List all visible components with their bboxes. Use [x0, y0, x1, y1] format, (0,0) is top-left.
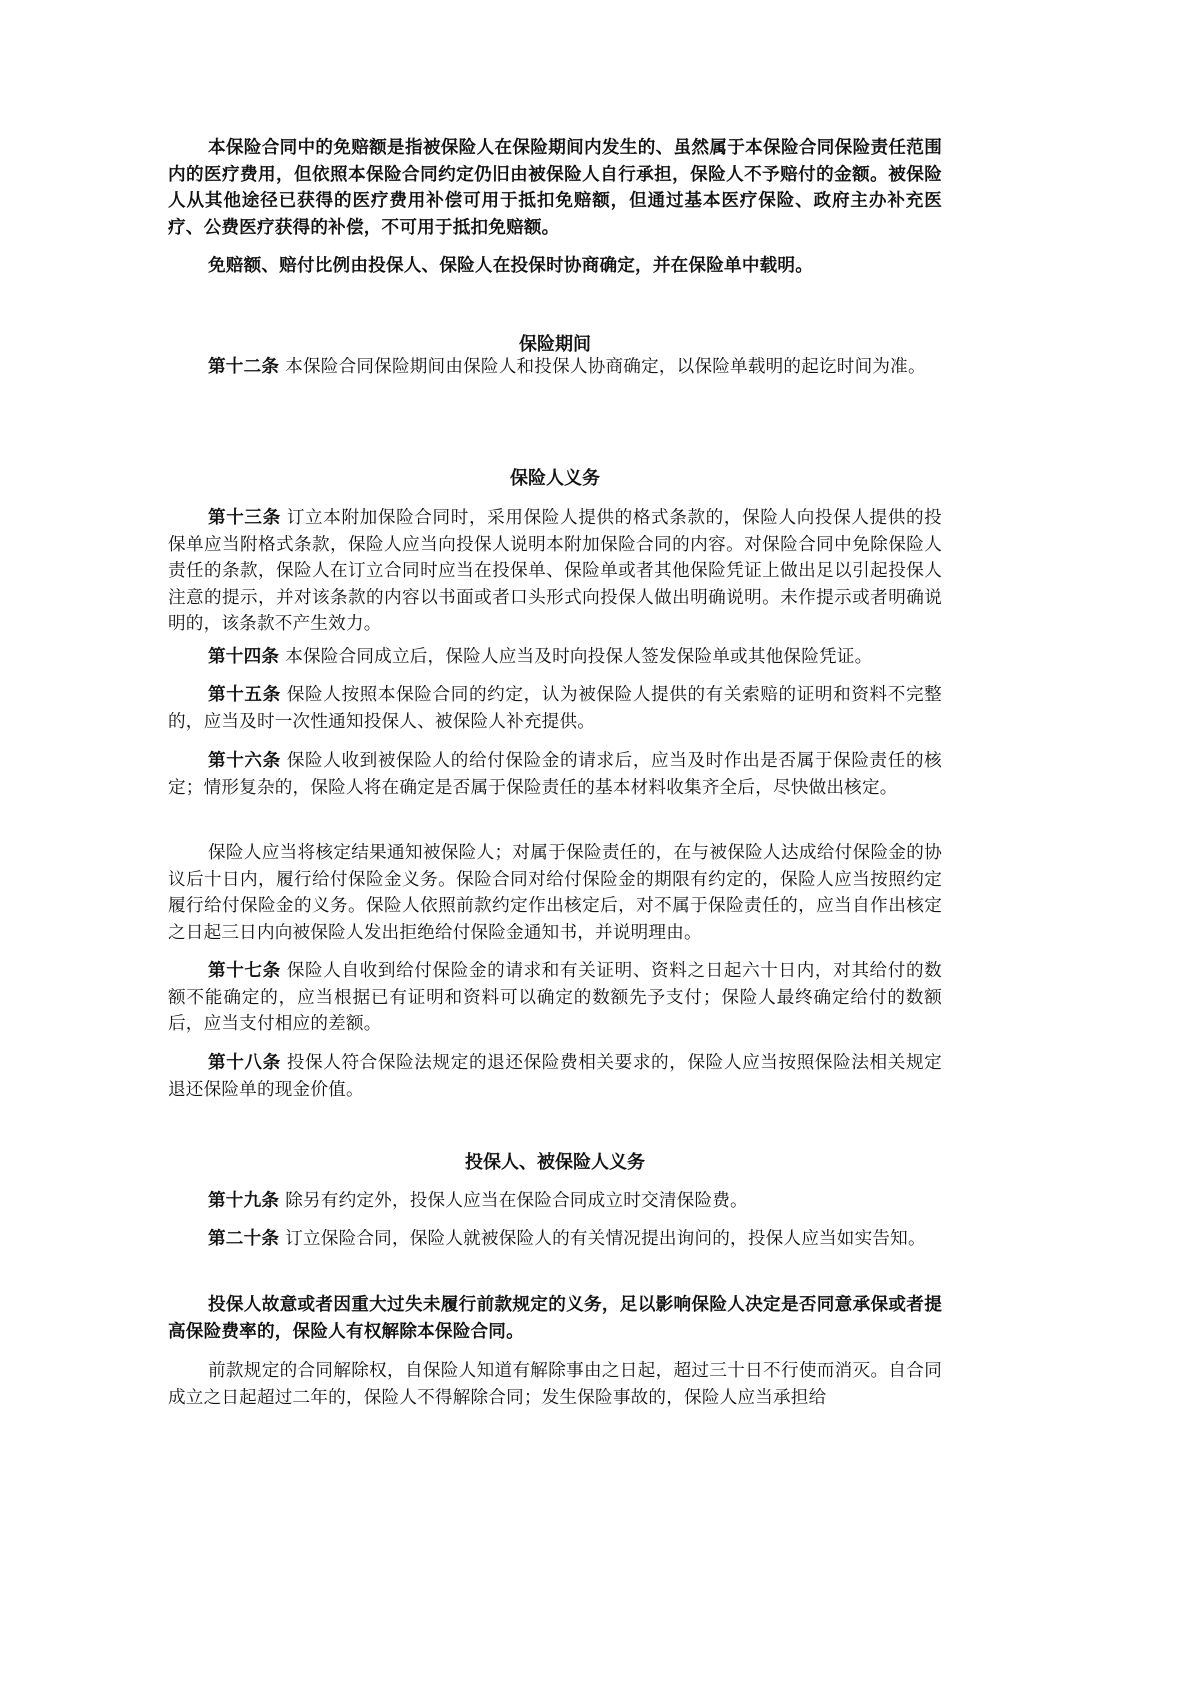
- article-label: 第二十条: [208, 1229, 279, 1249]
- section-heading-insurer-obligations: 保险人义务: [168, 464, 942, 490]
- article-13: 第十三条订立本附加保险合同时，采用保险人提供的格式条款的，保险人向投保人提供的投…: [168, 505, 942, 638]
- article-text: 订立本附加保险合同时，采用保险人提供的格式条款的，保险人向投保人提供的投保单应当…: [168, 508, 942, 634]
- article-label: 第十三条: [208, 508, 281, 528]
- breach-of-disclosure-paragraph: 投保人故意或者因重大过失未履行前款规定的义务，足以影响保险人决定是否同意承保或者…: [168, 1292, 942, 1345]
- article-15: 第十五条保险人按照本保险合同的约定，认为被保险人提供的有关索赔的证明和资料不完整…: [168, 682, 942, 735]
- article-label: 第十二条: [208, 357, 279, 377]
- article-19: 第十九条除另有约定外，投保人应当在保险合同成立时交清保险费。: [168, 1188, 942, 1215]
- article-text: 投保人符合保险法规定的退还保险费相关要求的，保险人应当按照保险法相关规定退还保险…: [168, 1053, 942, 1100]
- article-label: 第十五条: [208, 685, 281, 705]
- article-label: 第十六条: [208, 751, 281, 771]
- article-label: 第十八条: [208, 1053, 281, 1073]
- article-text: 除另有约定外，投保人应当在保险合同成立时交清保险费。: [285, 1191, 748, 1211]
- claim-notification-paragraph: 保险人应当将核定结果通知被保险人；对属于保险责任的，在与被保险人达成给付保险金的…: [168, 840, 942, 946]
- article-label: 第十四条: [208, 647, 279, 667]
- article-text: 本保险合同保险期间由保险人和投保人协商确定，以保险单载明的起讫时间为准。: [285, 357, 926, 377]
- article-text: 本保险合同成立后，保险人应当及时向投保人签发保险单或其他保险凭证。: [285, 647, 872, 667]
- article-20: 第二十条订立保险合同，保险人就被保险人的有关情况提出询问的，投保人应当如实告知。: [168, 1226, 942, 1253]
- deductible-ratio-paragraph: 免赔额、赔付比例由投保人、保险人在投保时协商确定，并在保险单中载明。: [168, 253, 942, 280]
- article-label: 第十七条: [208, 961, 281, 981]
- article-label: 第十九条: [208, 1191, 279, 1211]
- article-16: 第十六条保险人收到被保险人的给付保险金的请求后，应当及时作出是否属于保险责任的核…: [168, 748, 942, 801]
- article-text: 保险人按照本保险合同的约定，认为被保险人提供的有关索赔的证明和资料不完整的，应当…: [168, 685, 942, 732]
- article-text: 订立保险合同，保险人就被保险人的有关情况提出询问的，投保人应当如实告知。: [285, 1229, 926, 1249]
- deductible-definition-paragraph: 本保险合同中的免赔额是指被保险人在保险期间内发生的、虽然属于本保险合同保险责任范…: [168, 135, 942, 241]
- rescission-right-paragraph: 前款规定的合同解除权，自保险人知道有解除事由之日起，超过三十日不行使而消灭。自合…: [168, 1358, 942, 1411]
- article-12: 第十二条本保险合同保险期间由保险人和投保人协商确定，以保险单载明的起讫时间为准。: [168, 354, 942, 381]
- article-text: 保险人自收到给付保险金的请求和有关证明、资料之日起六十日内，对其给付的数额不能确…: [168, 961, 942, 1034]
- article-17: 第十七条保险人自收到给付保险金的请求和有关证明、资料之日起六十日内，对其给付的数…: [168, 958, 942, 1038]
- article-14: 第十四条本保险合同成立后，保险人应当及时向投保人签发保险单或其他保险凭证。: [168, 644, 942, 671]
- article-text: 保险人收到被保险人的给付保险金的请求后，应当及时作出是否属于保险责任的核定；情形…: [168, 751, 942, 798]
- section-heading-insurance-period: 保险期间: [168, 330, 942, 356]
- section-heading-policyholder-obligations: 投保人、被保险人义务: [168, 1148, 942, 1174]
- article-18: 第十八条投保人符合保险法规定的退还保险费相关要求的，保险人应当按照保险法相关规定…: [168, 1050, 942, 1103]
